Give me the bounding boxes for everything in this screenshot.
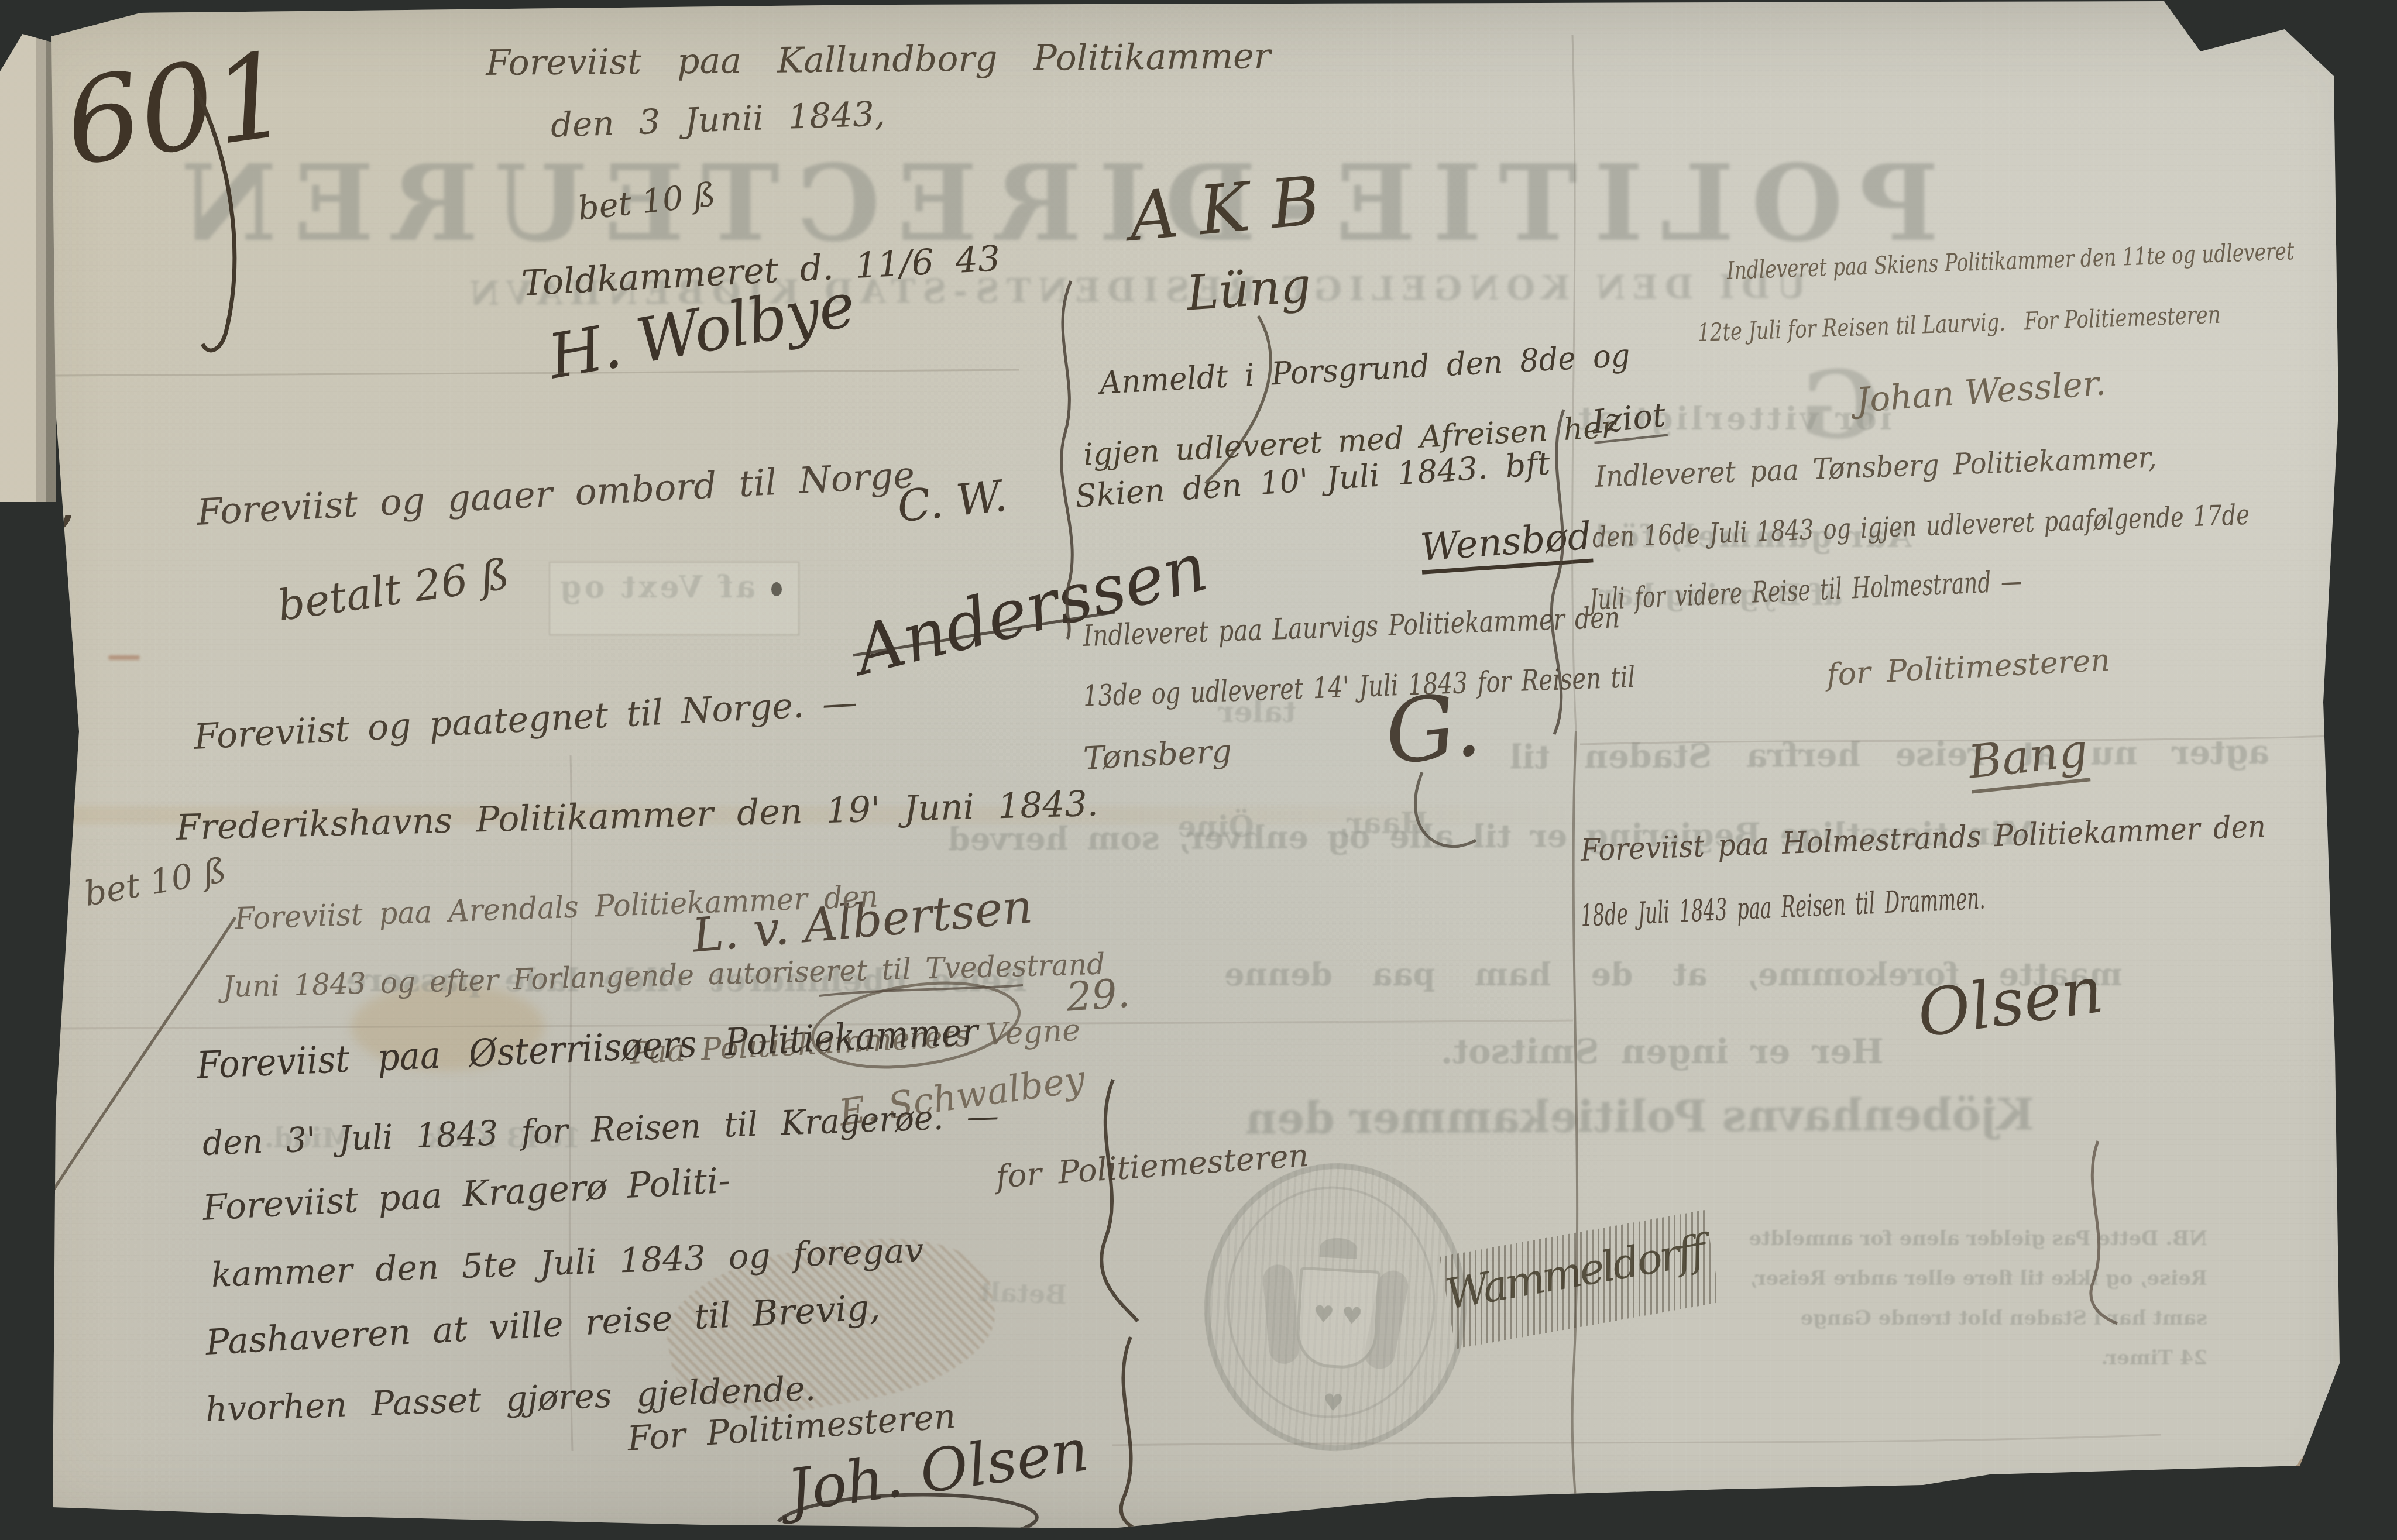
print-nb-line4: 24 Timer. xyxy=(1856,1348,2207,1368)
fee-10-second: bet 10 ß xyxy=(82,853,229,912)
print-nb-line1: NB. Dette Pas gielder alene for anmeldte xyxy=(1856,1229,2207,1249)
paper-sheet: POLITIE-DIRECTEUREN UDI DEN KONGELIGE RE… xyxy=(0,0,2397,1540)
scanned-document: POLITIE-DIRECTEUREN UDI DEN KONGELIGE RE… xyxy=(0,0,2397,1540)
tonsberg-line2: den 16de Juli 1843 og igjen udleveret pa… xyxy=(1592,501,2250,552)
tonsberg-for-politimesteren: for Politimesteren xyxy=(1826,645,2111,690)
initials-cw: C. W. xyxy=(895,474,1009,528)
signature-wensbod: Wensbød xyxy=(1419,518,1594,575)
ombord-line: Foreviist og gaaer ombord til Norge xyxy=(196,457,915,531)
adjacent-page-edge xyxy=(0,34,56,502)
print-betalt: Betalt xyxy=(978,1280,1067,1308)
stray-ink-mark: , xyxy=(56,468,76,532)
skien-politikammer-line2: 12te Juli for Reisen til Laurvig. For Po… xyxy=(1697,302,2221,345)
kragero-line2: kammer den 5te Juli 1843 og foregav xyxy=(211,1233,924,1291)
laurvig-line2: 13de og udleveret 14' Juli 1843 for Reis… xyxy=(1083,662,1636,711)
signature-anderssen: Anderssen xyxy=(849,533,1214,685)
kragero-line1: Foreviist paa Kragerø Politi- xyxy=(202,1163,731,1226)
vertical-fold-left xyxy=(569,755,572,1451)
red-streak xyxy=(108,655,140,660)
horizontal-crease-bottom xyxy=(1112,1435,2161,1445)
horizontal-crease-left xyxy=(54,370,1019,376)
print-agter-line: agter nu at reise herfra Staden til xyxy=(1510,735,2269,774)
print-kammer-line: Kjöbenhavns Politiekammer den xyxy=(1245,1093,2034,1140)
embossed-seal: ♥ ♥ ♥ xyxy=(1197,1157,1474,1458)
osterriisoer-line1: Foreviist paa Østerriisøers Politiekamme… xyxy=(196,1013,979,1085)
print-title: POLITIE-DIRECTEUREN xyxy=(164,151,1939,256)
holmestrand-line2: 18de Juli 1843 paa Reisen til Drammen. xyxy=(1580,884,1986,931)
signature-wessler: Johan Wessler. xyxy=(1855,366,2107,417)
print-nb-line3: samt har i Staden blot trende Gange xyxy=(1856,1308,2207,1328)
tonsberg-line3: Juli for videre Reise til Holmestrand — xyxy=(1589,566,2022,614)
for-politiemesteren-mid: for Politiemesteren xyxy=(995,1140,1310,1193)
seal-shield: ♥ ♥ ♥ xyxy=(1295,1267,1381,1370)
osterriisoer-line2: den 3' Juli 1843 for Reisen til Kragerøe… xyxy=(202,1098,1000,1160)
signature-wammeldorff: Wammeldorff xyxy=(1437,1191,1736,1366)
flourish-brace-osterriisoer xyxy=(1101,1080,1138,1321)
print-af-vext: af Vext og xyxy=(557,572,755,603)
print-nb-line2: Reise, og ikke til flere eller andre Rei… xyxy=(1856,1269,2207,1288)
archive-number: 601 xyxy=(59,36,296,183)
print-smitsot-line: Her er ingen Smitsot. xyxy=(1441,1034,1884,1068)
signature-bang: Bang xyxy=(1966,728,2090,794)
kragero-line3: Pashaveren at ville reise til Brevig, xyxy=(205,1290,881,1360)
paategnet-line: Foreviist og paategnet til Norge. — xyxy=(193,685,858,755)
betalt-26: betalt 26 ß xyxy=(275,553,511,627)
flourish-brace-kragero xyxy=(1121,1337,1169,1539)
corner-fold-bottom-right xyxy=(2295,1407,2340,1467)
laurvig-line3: Tønsberg xyxy=(1083,735,1232,775)
ink-blot xyxy=(771,582,782,596)
kallundborg-line1: Foreviist paa Kallundborg Politikammer xyxy=(486,39,1271,81)
paraph-iziot: Iziot xyxy=(1591,399,1668,444)
signature-wammeldorff-hatch xyxy=(1440,1210,1721,1349)
signature-lung: Lüng xyxy=(1185,262,1313,318)
signature-g: G. xyxy=(1381,680,1485,778)
porsgrund-line1: Anmeldt i Porsgrund den 8de og xyxy=(1099,340,1631,399)
signature-akb: A K B xyxy=(1127,168,1323,252)
kallundborg-line2: den 3 Junii 1843, xyxy=(550,97,885,142)
tonsberg-line1: Indleveret paa Tønsberg Politiekammer, xyxy=(1595,442,2157,491)
